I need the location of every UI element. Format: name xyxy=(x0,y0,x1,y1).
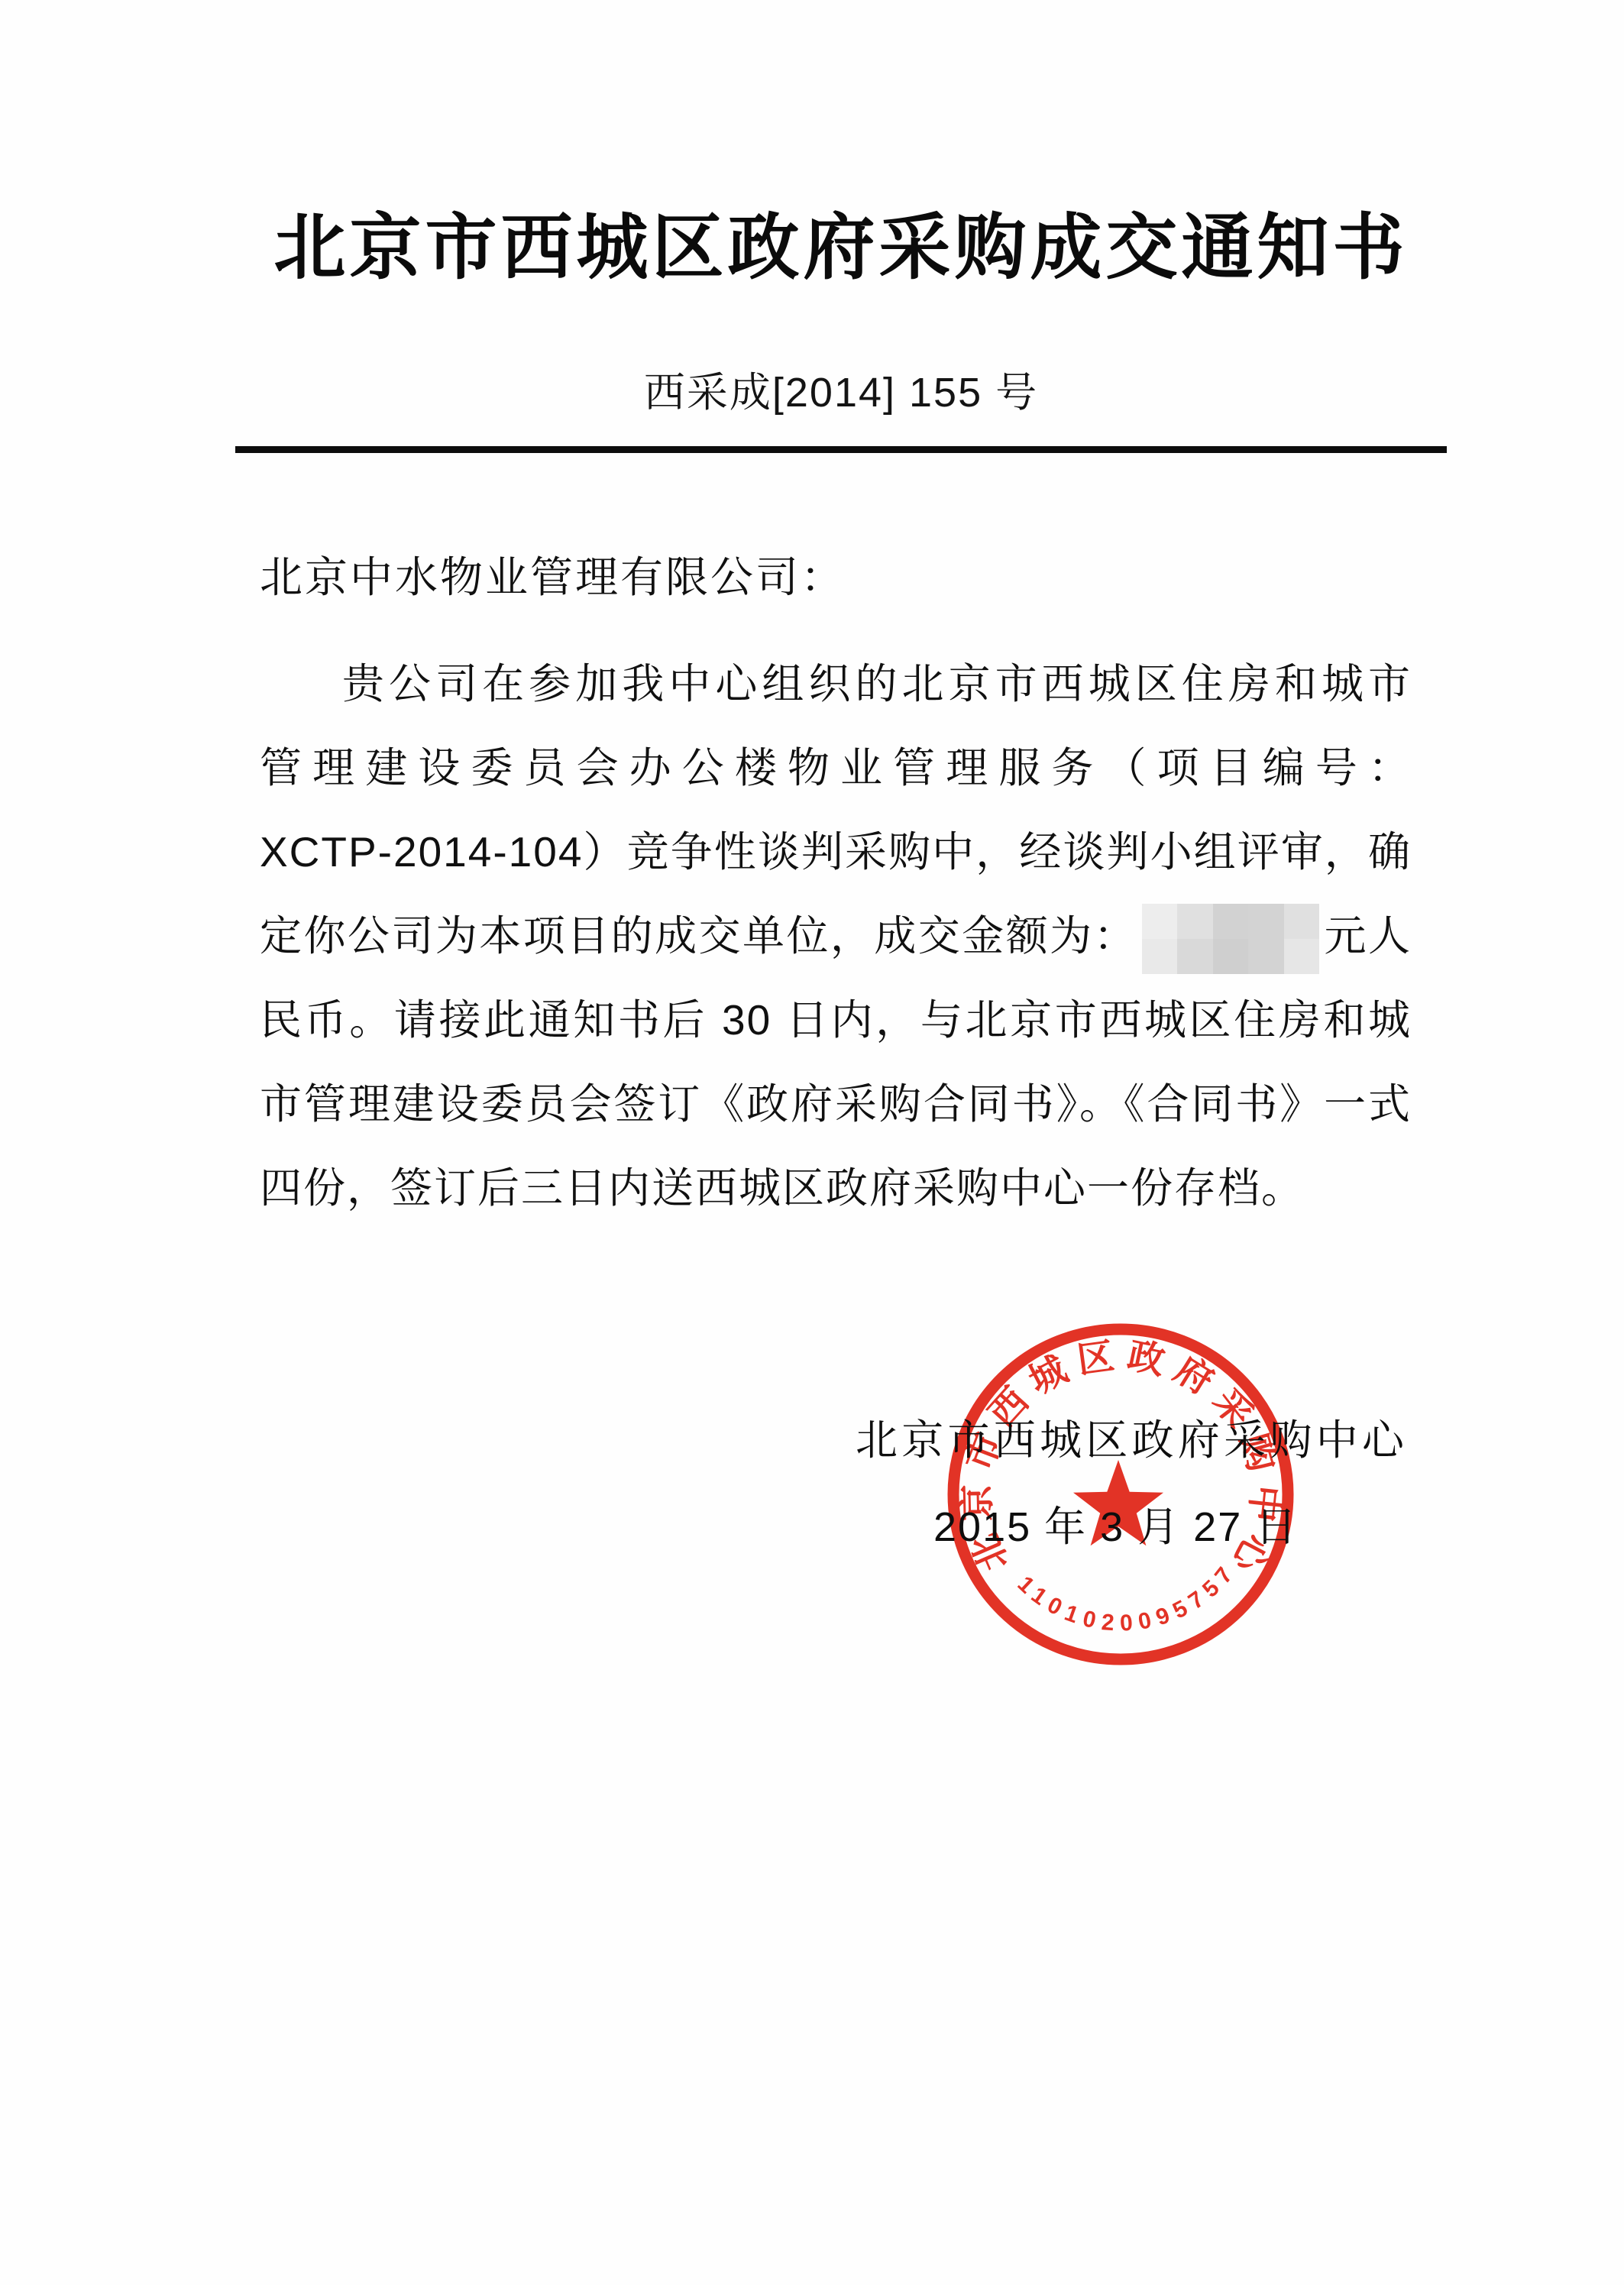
body-line: XCTP-2014-104）竞争性谈判采购中，经谈判小组评审，确 xyxy=(260,810,1412,894)
signature-org: 北京市西城区政府采购中心 xyxy=(856,1418,1404,1462)
body-line: 贵公司在参加我中心组织的北京市西城区住房和城市 xyxy=(260,642,1412,726)
signature-date: 2015 年 3 月 27 日 xyxy=(933,1505,1298,1549)
page-title: 北京市西城区政府采购成交通知书 xyxy=(235,208,1447,286)
redacted-amount xyxy=(1142,904,1319,974)
body-paragraph: 贵公司在参加我中心组织的北京市西城区住房和城市 管理建设委员会办公楼物业管理服务… xyxy=(260,642,1412,1230)
official-stamp: 北京市西城区政府采购中心 1101020095757 xyxy=(932,1310,1329,1685)
document-page: 北京市西城区政府采购成交通知书 西采成[2014] 155 号 北京中水物业管理… xyxy=(0,0,1624,2285)
body-line: 市管理建设委员会签订《政府采购合同书》。《合同书》一式 xyxy=(260,1062,1412,1146)
body-line: 管理建设委员会办公楼物业管理服务（项目编号： xyxy=(260,726,1412,810)
stamp-serial: 1101020095757 xyxy=(1013,1558,1242,1636)
body-line-text: 定你公司为本项目的成交单位，成交金额为： xyxy=(260,912,1137,960)
body-line-text: 元人 xyxy=(1324,912,1412,960)
body-line: 四份，签订后三日内送西城区政府采购中心一份存档。 xyxy=(260,1146,1412,1230)
body-line: 定你公司为本项目的成交单位，成交金额为：元人 xyxy=(260,894,1412,978)
body-line: 民币。请接此通知书后 30 日内，与北京市西城区住房和城 xyxy=(260,978,1412,1062)
doc-number: 西采成[2014] 155 号 xyxy=(235,360,1447,419)
addressee: 北京中水物业管理有限公司： xyxy=(260,544,846,605)
title-divider xyxy=(235,446,1447,453)
stamp-serial-holder: 1101020095757 xyxy=(1013,1558,1242,1636)
